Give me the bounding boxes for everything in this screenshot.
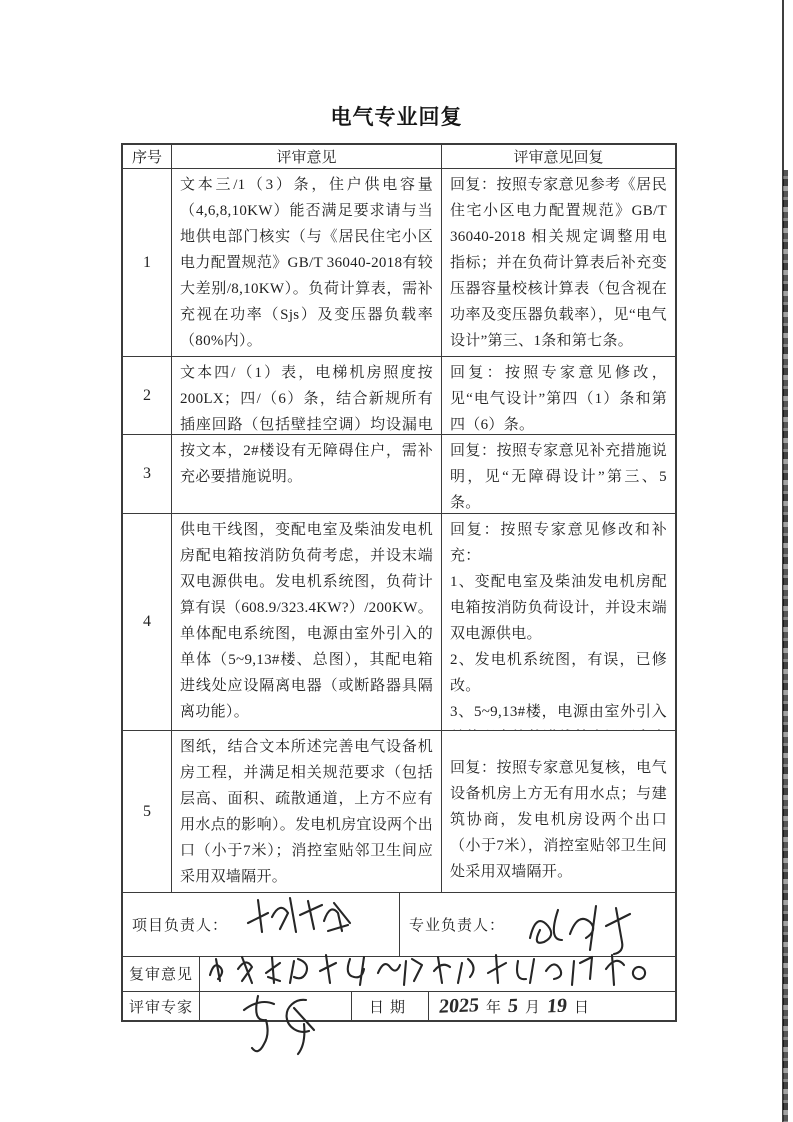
table-row: 5 图纸，结合文本所述完善电气设备机房工程，并满足相关规范要求（包括层高、面积、… <box>123 731 675 893</box>
row-number: 2 <box>123 357 172 434</box>
reply-text: 回复：按照专家意见复核，电气设备机房上方无有用水点；与建筑协商，发电机房设两个出… <box>442 731 675 885</box>
reply-cell: 回复：按照专家意见修改和补充： 1、变配电室及柴油发电机房配电箱按消防负荷设计，… <box>442 514 675 730</box>
reply-cell: 回复：按照专家意见复核，电气设备机房上方无有用水点；与建筑协商，发电机房设两个出… <box>442 731 675 892</box>
reply-cell: 回复：按照专家意见参考《居民住宅小区电力配置规范》GB/T 36040-2018… <box>442 169 675 356</box>
reply-text: 回复：按照专家意见补充措施说明，见“无障碍设计”第三、5条。 <box>442 435 675 513</box>
review-comment-cell: 按文本，2#楼设有无障碍住户，需补充必要措施说明。 <box>172 435 442 513</box>
specialty-lead-cell: 专业负责人： <box>400 893 675 956</box>
expert-signature-cell <box>200 992 352 1020</box>
project-lead-cell: 项目负责人： <box>123 893 400 956</box>
date-day-handwritten: 19 <box>546 994 568 1018</box>
specialty-lead-label: 专业负责人： <box>400 914 505 935</box>
review-comment-cell: 图纸，结合文本所述完善电气设备机房工程，并满足相关规范要求（包括层高、面积、疏散… <box>172 731 442 892</box>
row-number: 3 <box>123 435 172 513</box>
reply-cell: 回复：按照专家意见补充措施说明，见“无障碍设计”第三、5条。 <box>442 435 675 513</box>
review-comment-text: 文本四/（1）表，电梯机房照度按200LX；四/（6）条，结合新规所有插座回路（… <box>172 357 441 434</box>
table-header-row: 序号 评审意见 评审意见回复 <box>123 145 675 169</box>
expert-label: 评审专家 <box>123 992 200 1020</box>
row-number: 1 <box>123 169 172 356</box>
scan-edge-noise <box>783 170 788 1122</box>
reply-cell: 回复：按照专家意见修改，见“电气设计”第四（1）条和第四（6）条。 <box>442 357 675 434</box>
review-comment-text: 文本三/1（3）条，住户供电容量（4,6,8,10KW）能否满足要求请与当地供电… <box>172 169 441 354</box>
row-number: 5 <box>123 731 172 892</box>
header-comment: 评审意见 <box>172 145 442 168</box>
review-comment-text: 供电干线图，变配电室及柴油发电机房配电箱按消防负荷考虑，并设末端双电源供电。发电… <box>172 514 441 725</box>
reply-text: 回复：按照专家意见参考《居民住宅小区电力配置规范》GB/T 36040-2018… <box>442 169 675 354</box>
header-no: 序号 <box>123 145 172 168</box>
page-title: 电气专业回复 <box>0 101 793 131</box>
table-row: 4 供电干线图，变配电室及柴油发电机房配电箱按消防负荷考虑，并设末端双电源供电。… <box>123 514 675 731</box>
reply-text: 回复：按照专家意见修改和补充： 1、变配电室及柴油发电机房配电箱按消防负荷设计，… <box>442 514 675 730</box>
table-row: 3 按文本，2#楼设有无障碍住户，需补充必要措施说明。 回复：按照专家意见补充措… <box>123 435 675 514</box>
date-month-unit: 月 <box>525 996 540 1017</box>
review-opinion-label: 复审意见 <box>123 957 200 992</box>
review-comment-text: 按文本，2#楼设有无障碍住户，需补充必要措施说明。 <box>172 435 441 490</box>
date-month-handwritten: 5 <box>507 994 519 1017</box>
date-year-unit: 年 <box>486 996 501 1017</box>
expert-row: 评审专家 日期 2025 年 5 月 19 日 <box>123 992 675 1020</box>
review-comment-text: 图纸，结合文本所述完善电气设备机房工程，并满足相关规范要求（包括层高、面积、疏散… <box>172 731 441 890</box>
signatures-row: 项目负责人： 专业负责人： <box>123 893 675 957</box>
review-comment-cell: 文本四/（1）表，电梯机房照度按200LX；四/（6）条，结合新规所有插座回路（… <box>172 357 442 434</box>
header-reply: 评审意见回复 <box>442 145 675 168</box>
review-opinion-cell <box>200 957 675 992</box>
table-row: 2 文本四/（1）表，电梯机房照度按200LX；四/（6）条，结合新规所有插座回… <box>123 357 675 435</box>
date-label: 日期 <box>352 992 429 1020</box>
table-row: 1 文本三/1（3）条，住户供电容量（4,6,8,10KW）能否满足要求请与当地… <box>123 169 675 357</box>
date-cell: 2025 年 5 月 19 日 <box>429 992 675 1020</box>
date-day-unit: 日 <box>574 996 589 1017</box>
reply-text: 回复：按照专家意见修改，见“电气设计”第四（1）条和第四（6）条。 <box>442 357 675 434</box>
review-comment-cell: 供电干线图，变配电室及柴油发电机房配电箱按消防负荷考虑，并设末端双电源供电。发电… <box>172 514 442 730</box>
project-lead-label: 项目负责人： <box>123 914 228 935</box>
review-comment-cell: 文本三/1（3）条，住户供电容量（4,6,8,10KW）能否满足要求请与当地供电… <box>172 169 442 356</box>
review-comments-table: 序号 评审意见 评审意见回复 1 文本三/1（3）条，住户供电容量（4,6,8,… <box>121 143 677 1022</box>
review-opinion-row: 复审意见 <box>123 957 675 993</box>
date-year-handwritten: 2025 <box>438 994 480 1018</box>
row-number: 4 <box>123 514 172 730</box>
